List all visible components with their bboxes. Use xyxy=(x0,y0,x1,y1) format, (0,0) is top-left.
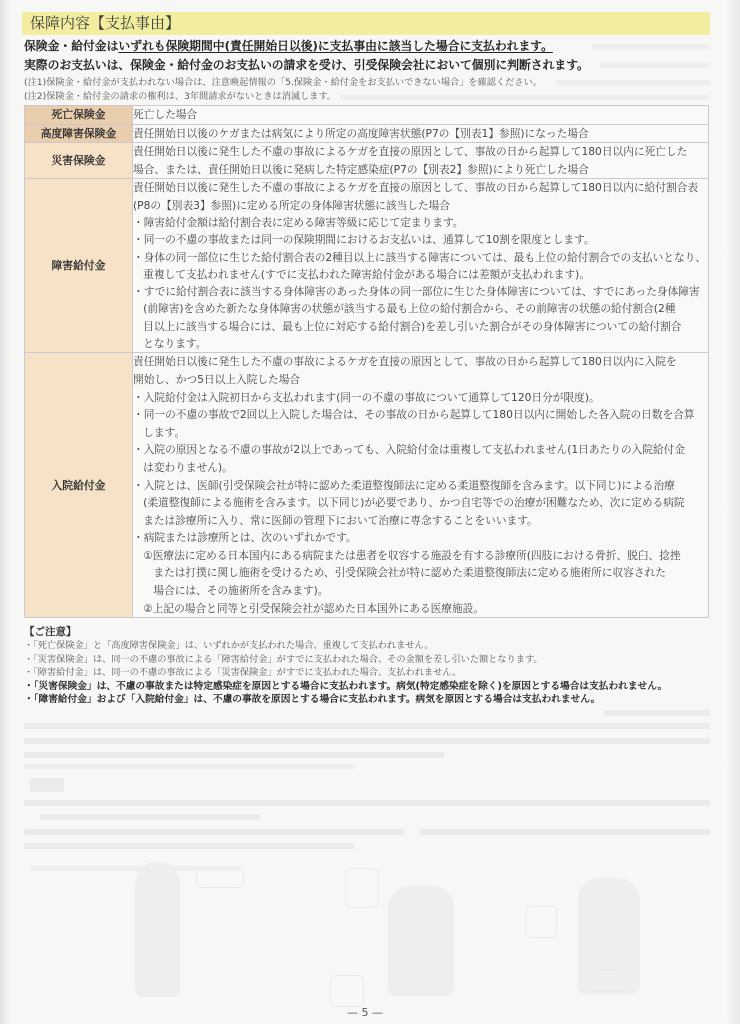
bullet-line: ・障害給付金額は給付割合表に定める障害等級に応じて定まります。 xyxy=(133,214,708,231)
bullet-continuation-line: します。 xyxy=(133,424,708,442)
bullet-line: ・同一の不慮の事故で2回以上入院した場合は、その事故の日から起算して180日以内… xyxy=(133,406,708,424)
intro-line-1-prefix: 保険金・給付金は xyxy=(24,39,118,53)
description-line: 場合、または、責任開始日以後に発病した特定感染症(P7の【別表2】参照)により死… xyxy=(133,161,708,179)
description-line: 責任開始日以後のケガまたは病気により所定の高度障害状態(P7の【別表1】参照)に… xyxy=(133,125,708,143)
bullet-continuation-line: (柔道整復師による施術を含みます。以下同じ)が必要であり、かつ自宅等での治療が困… xyxy=(133,494,708,512)
bullet-line: ・身体の同一部位に生じた給付割合表の2種目以上に該当する障害については、最も上位… xyxy=(133,249,708,266)
table-row-accident-benefit: 災害保険金 責任開始日以後に発生した不慮の事故によるケガを直接の原因として、事故… xyxy=(25,143,709,179)
row-label: 入院給付金 xyxy=(25,353,133,618)
caution-item: ・「死亡保険金」と「高度障害保険金」は、いずれかが支払われた場合、重複して支払わ… xyxy=(24,639,667,653)
scan-shadow-right xyxy=(726,0,740,1024)
row-description: 死亡した場合 xyxy=(133,106,709,125)
intro-line-2: 実際のお支払いは、保険金・給付金のお支払いの請求を受け、引受保険会社において個別… xyxy=(24,56,589,75)
intro-line-1-underlined: いずれも保険期間中(責任開始日以後)に支払事由に該当した場合に支払われます。 xyxy=(118,39,553,53)
section-title: 保障内容【支払事由】 xyxy=(30,12,180,35)
bullet-line: ・入院給付金は入院初日から支払われます(同一の不慮の事故について通算して120日… xyxy=(133,389,708,407)
bullet-continuation-line: または診療所に入り、常に医師の管理下において治療に専念することをいいます。 xyxy=(133,512,708,530)
caution-item: ・「障害給付金」は、同一の不慮の事故による「災害保険金」がすでに支払われた場合、… xyxy=(24,666,667,680)
benefits-table: 死亡保険金 死亡した場合 高度障害保険金 責任開始日以後のケガまたは病気により所… xyxy=(24,105,709,618)
bullet-continuation-line: (前障害)を含めた新たな身体障害の状態が該当する最も上位の給付割合から、その前障… xyxy=(133,300,708,317)
caution-item-emphasized: ・「災害保険金」は、不慮の事故または特定感染症を原因とする場合に支払われます。病… xyxy=(24,680,667,694)
bullet-line: ・病院または診療所とは、次のいずれかです。 xyxy=(133,529,708,547)
description-line: 責任開始日以後に発生した不慮の事故によるケガを直接の原因として、事故の日から起算… xyxy=(133,179,708,196)
caution-item-emphasized: ・「障害給付金」および「入院給付金」は、不慮の事故を原因とする場合に支払われます… xyxy=(24,693,667,707)
note-2: (注2)保険金・給付金の請求の権利は、3年間請求がないときは消滅します。 xyxy=(24,90,542,104)
caution-heading: 【ご注意】 xyxy=(24,625,667,639)
description-line: (P8の【別表3】参照)に定める所定の身体障害状態に該当した場合 xyxy=(133,197,708,214)
bullet-continuation-line: となります。 xyxy=(133,335,708,352)
bullet-line: ・同一の不慮の事故または同一の保険期間におけるお支払いは、通算して10割を限度と… xyxy=(133,231,708,248)
bullet-continuation-line: は変わりません)。 xyxy=(133,459,708,477)
row-label: 障害給付金 xyxy=(25,179,133,353)
intro-notes: (注1)保険金・給付金が支払われない場合は、注意喚起情報の「5.保険金・給付金を… xyxy=(24,76,542,103)
note-1: (注1)保険金・給付金が支払われない場合は、注意喚起情報の「5.保険金・給付金を… xyxy=(24,76,542,90)
description-line: 死亡した場合 xyxy=(133,106,708,124)
table-row-death-benefit: 死亡保険金 死亡した場合 xyxy=(25,106,709,125)
table-row-disability-benefit: 障害給付金 責任開始日以後に発生した不慮の事故によるケガを直接の原因として、事故… xyxy=(25,179,709,353)
numbered-subitem-line: ②上記の場合と同等と引受保険会社が認めた日本国外にある医療施設。 xyxy=(133,600,708,618)
caution-section: 【ご注意】 ・「死亡保険金」と「高度障害保険金」は、いずれかが支払われた場合、重… xyxy=(24,625,667,707)
row-label: 高度障害保険金 xyxy=(25,124,133,143)
row-description: 責任開始日以後に発生した不慮の事故によるケガを直接の原因として、事故の日から起算… xyxy=(133,143,709,179)
bullet-continuation-line: 重複して支払われません(すでに支払われた障害給付金がある場合には差額が支払われま… xyxy=(133,266,708,283)
bullet-continuation-line: 目以上に該当する場合には、最も上位に対応する給付割合)を差し引いた割合がその身体… xyxy=(133,318,708,335)
scan-shadow-left xyxy=(0,0,10,1024)
bullet-line: ・入院の原因となる不慮の事故が2以上であっても、入院給付金は重複して支払われませ… xyxy=(133,441,708,459)
row-description: 責任開始日以後のケガまたは病気により所定の高度障害状態(P7の【別表1】参照)に… xyxy=(133,124,709,143)
numbered-subitem-continuation-line: 場合には、その施術所を含みます)。 xyxy=(133,582,708,600)
page-number: — 5 — xyxy=(0,1006,730,1019)
description-line: 開始し、かつ5日以上入院した場合 xyxy=(133,371,708,389)
intro-line-1: 保険金・給付金はいずれも保険期間中(責任開始日以後)に支払事由に該当した場合に支… xyxy=(24,37,589,56)
table-row-severe-disability-benefit: 高度障害保険金 責任開始日以後のケガまたは病気により所定の高度障害状態(P7の【… xyxy=(25,124,709,143)
numbered-subitem-line: ①医療法に定める日本国内にある病院または患者を収容する施設を有する診療所(四肢に… xyxy=(133,547,708,565)
row-description: 責任開始日以後に発生した不慮の事故によるケガを直接の原因として、事故の日から起算… xyxy=(133,353,709,618)
bullet-line: ・すでに給付割合表に該当する身体障害のあった身体の同一部位に生じた身体障害につい… xyxy=(133,283,708,300)
caution-item: ・「災害保険金」は、同一の不慮の事故による「障害給付金」がすでに支払われた場合、… xyxy=(24,653,667,667)
scanned-document-page: 保障内容【支払事由】 保険金・給付金はいずれも保険期間中(責任開始日以後)に支払… xyxy=(0,0,740,1024)
table-row-hospitalization-benefit: 入院給付金 責任開始日以後に発生した不慮の事故によるケガを直接の原因として、事故… xyxy=(25,353,709,618)
row-description: 責任開始日以後に発生した不慮の事故によるケガを直接の原因として、事故の日から起算… xyxy=(133,179,709,353)
bullet-line: ・入院とは、医師(引受保険会社が特に認めた柔道整復師法に定める柔道整復師を含みま… xyxy=(133,477,708,495)
intro-statements: 保険金・給付金はいずれも保険期間中(責任開始日以後)に支払事由に該当した場合に支… xyxy=(24,37,589,75)
numbered-subitem-continuation-line: または打撲に関し施術を受けるため、引受保険会社が特に認めた柔道整復師法に定める施… xyxy=(133,564,708,582)
row-label: 災害保険金 xyxy=(25,143,133,179)
description-line: 責任開始日以後に発生した不慮の事故によるケガを直接の原因として、事故の日から起算… xyxy=(133,353,708,371)
description-line: 責任開始日以後に発生した不慮の事故によるケガを直接の原因として、事故の日から起算… xyxy=(133,143,708,161)
row-label: 死亡保険金 xyxy=(25,106,133,125)
section-title-bar: 保障内容【支払事由】 xyxy=(22,12,710,35)
